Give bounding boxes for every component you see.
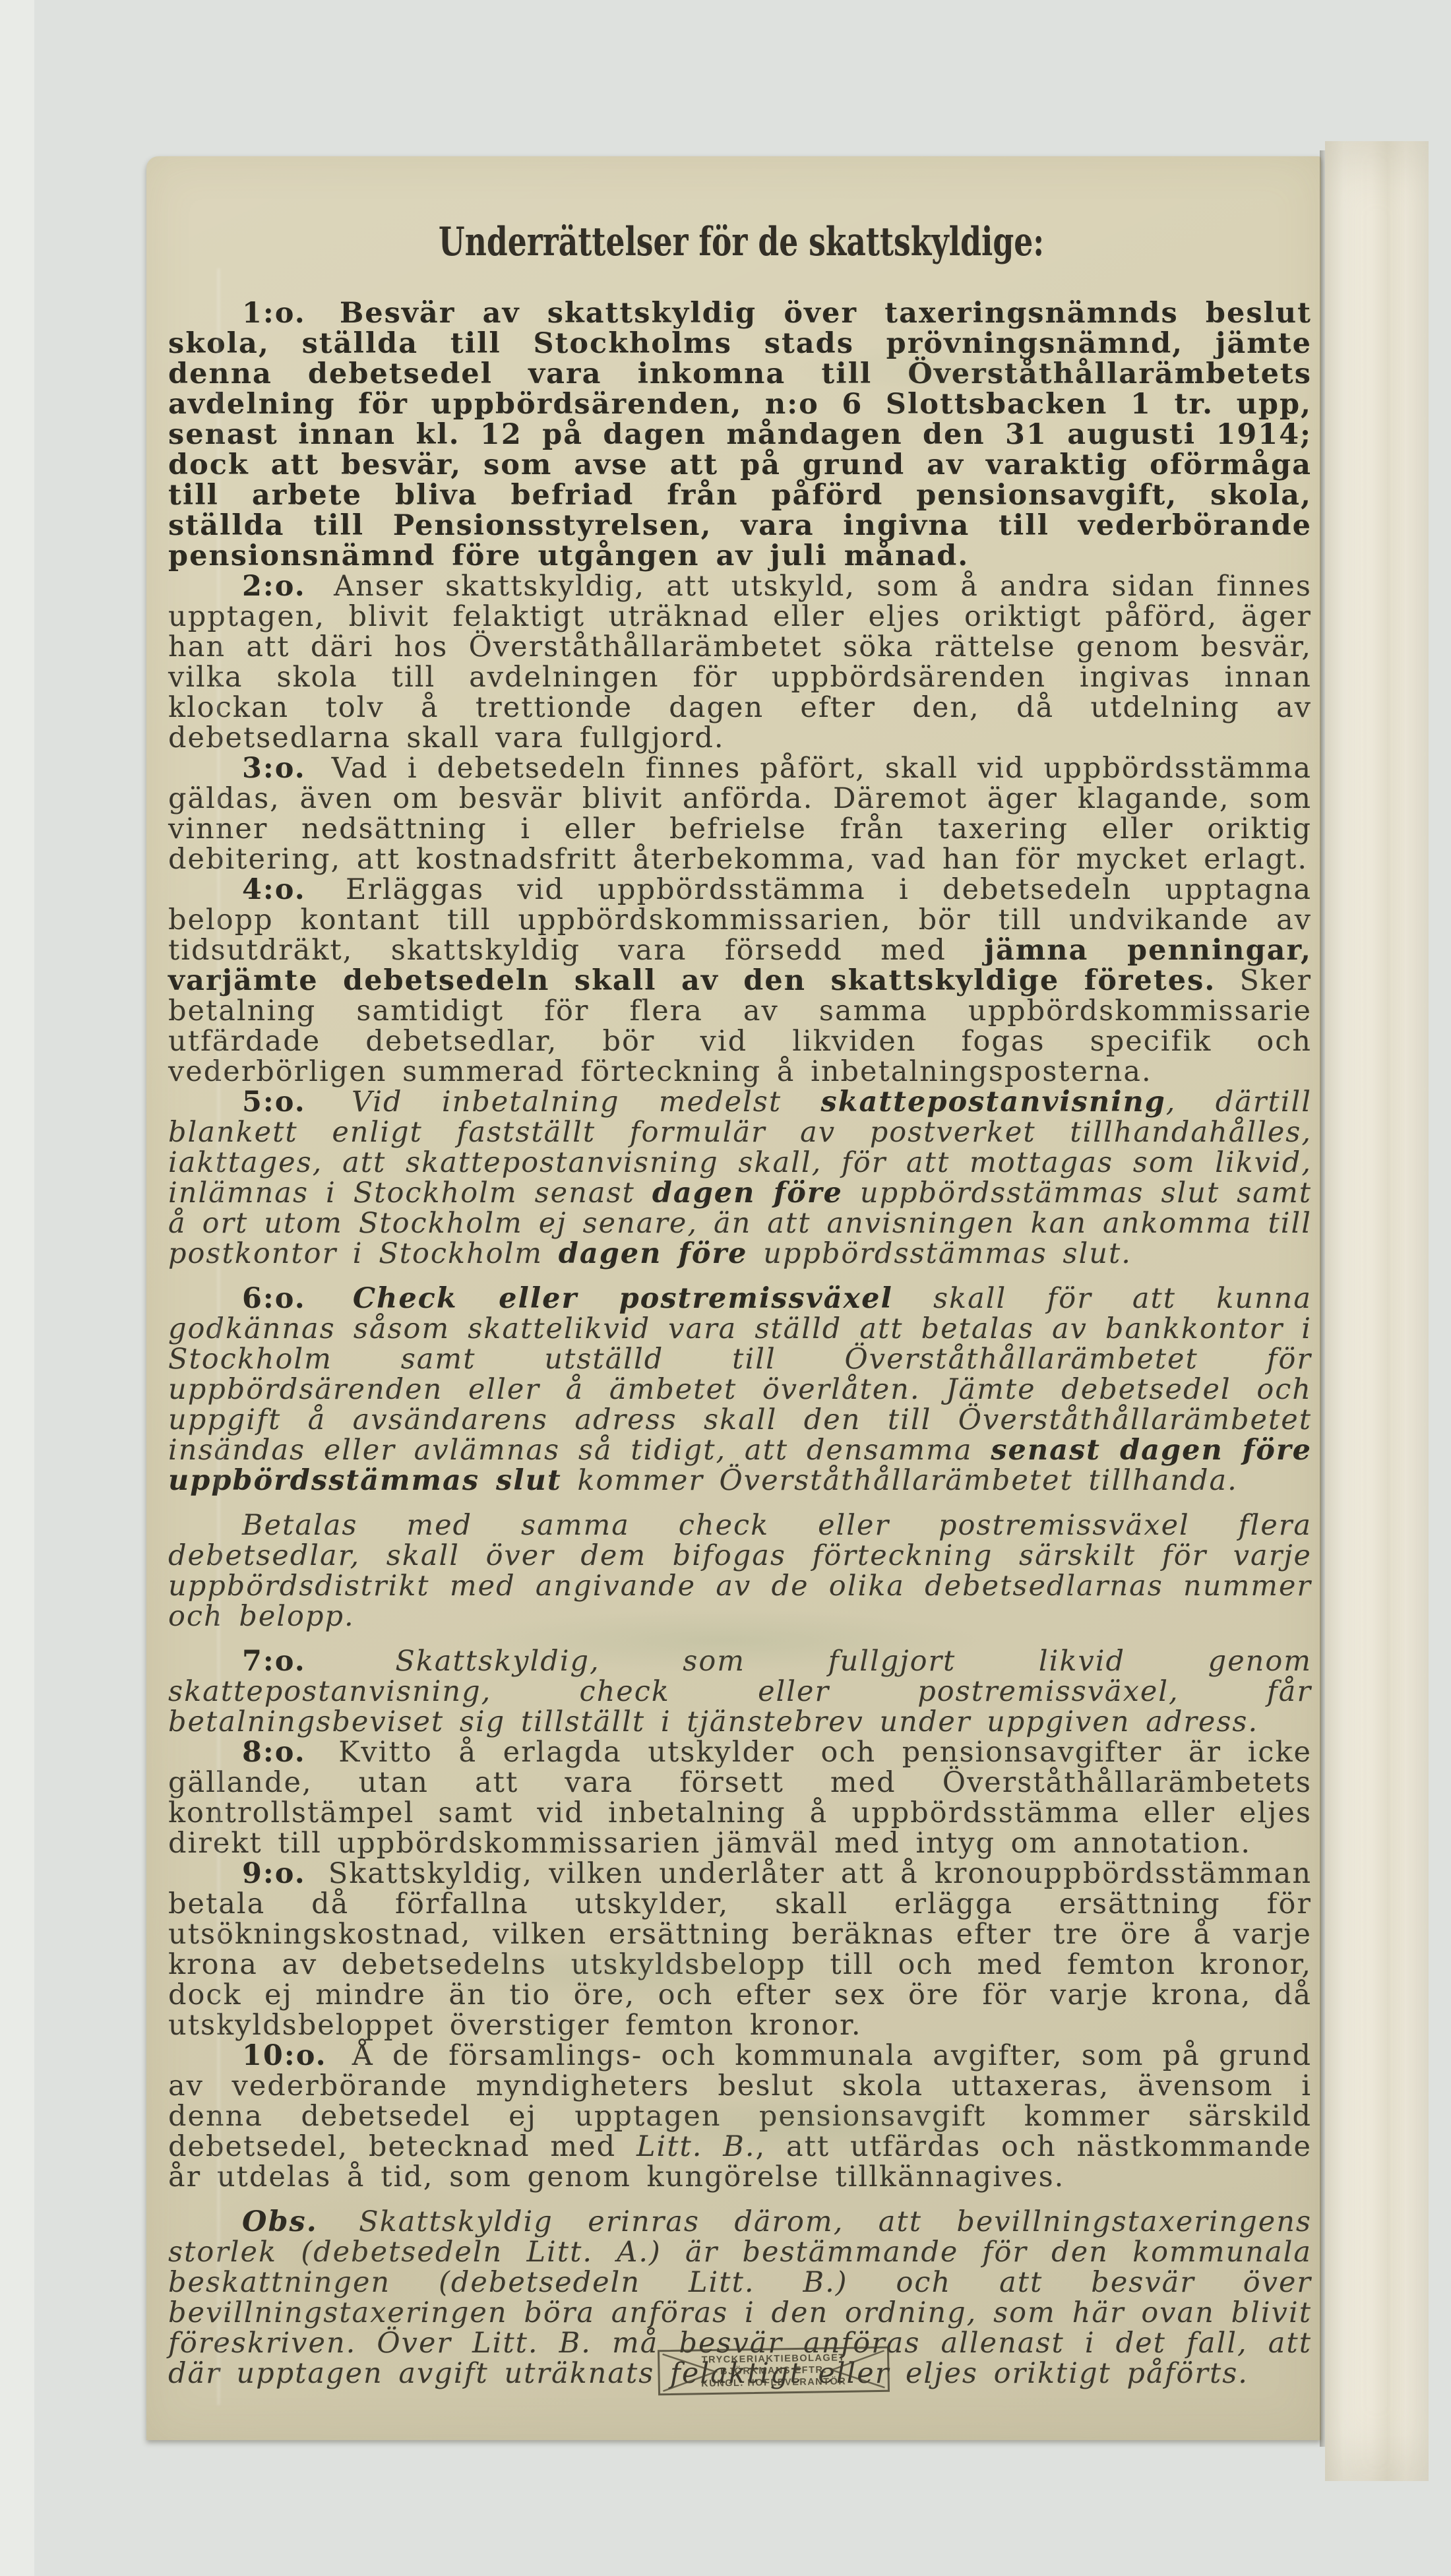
stamp-text: TRYCKERIAKTIEBOLAGET BJÖRKMANS EFTR. KUN… [657, 2346, 890, 2396]
page-title: Underrättelser för de skattskyldige: [306, 219, 1177, 265]
paragraph-number: 10:o. [242, 2039, 327, 2072]
text-run: Check eller postremissväxel [353, 1282, 893, 1315]
paragraph-number: 3:o. [242, 752, 306, 785]
paragraph-10o: 10:o. Å de församlings- och kommunala av… [168, 2040, 1312, 2192]
text-run: skattepostanvisning [820, 1086, 1165, 1119]
paragraph-7o: 7:o. Skattskyldig, som fullgjort likvid … [168, 1646, 1312, 1737]
text-run: uppbördsstämmas slut. [748, 1237, 1132, 1270]
paper-page: Underrättelser för de skattskyldige: 1:o… [146, 156, 1321, 2440]
paragraph-number: 2:o. [242, 570, 306, 603]
text-run: Litt. B. [636, 2130, 756, 2163]
page-cut-edge-shadow [1320, 150, 1325, 2447]
paragraph-number: 5:o. [242, 1086, 306, 1119]
paragraph-5o: 5:o. Vid inbetalning medelst skatteposta… [168, 1087, 1312, 1269]
paragraph-number: 7:o. [242, 1645, 306, 1678]
text-run: Skattskyldig, som fullgjort likvid genom… [168, 1645, 1312, 1738]
paragraph-1o: 1:o. Besvär av skattskyldig över taxerin… [168, 298, 1312, 571]
document-scan: Underrättelser för de skattskyldige: 1:o… [0, 0, 1451, 2576]
document-body: 1:o. Besvär av skattskyldig över taxerin… [168, 298, 1312, 2389]
paragraph-2o: 2:o. Anser skattskyldig, att utskyld, so… [168, 571, 1312, 753]
text-run: dagen före [652, 1177, 843, 1210]
underlying-page-edge [1325, 141, 1429, 2481]
paragraph-number: Obs. [242, 2205, 318, 2238]
paragraph-number: 6:o. [242, 1282, 306, 1315]
text-run: Betalas med samma check eller postremiss… [168, 1509, 1312, 1633]
paragraph-9o: 9:o. Skattskyldig, vilken underlåter att… [168, 1858, 1312, 2040]
text-run: Anser skattskyldig, att utskyld, som å a… [168, 570, 1312, 754]
text-run: Besvär av skattskyldig över taxeringsnäm… [168, 297, 1312, 572]
text-run: Vid inbetalning medelst [352, 1086, 820, 1119]
text-run: dagen före [559, 1237, 748, 1270]
text-run: kommer Överståthållarämbetet tillhanda. [562, 1464, 1238, 1497]
paragraph-betalas: Betalas med samma check eller postremiss… [168, 1510, 1312, 1632]
paragraph-number: 9:o. [242, 1857, 306, 1890]
stamp-line: KUNGL. HOFLEVERANTÖR [701, 2376, 846, 2389]
paragraph-number: 8:o. [242, 1736, 306, 1769]
paragraph-6o: 6:o. Check eller postremissväxel skall f… [168, 1283, 1312, 1496]
paragraph-3o: 3:o. Vad i debetsedeln finnes påfört, sk… [168, 753, 1312, 874]
text-run: Vad i debetsedeln finnes påfört, skall v… [168, 752, 1312, 876]
text-run: Skattskyldig, vilken underlåter att å kr… [168, 1857, 1312, 2042]
text-run: Kvitto å erlagda utskylder och pensionsa… [168, 1736, 1312, 1860]
paragraph-4o: 4:o. Erläggas vid uppbördsstämma i debet… [168, 874, 1312, 1087]
printer-stamp: TRYCKERIAKTIEBOLAGET BJÖRKMANS EFTR. KUN… [657, 2346, 890, 2396]
paragraph-number: 1:o. [242, 297, 306, 330]
scanner-edge-strip [0, 0, 34, 2576]
paragraph-number: 4:o. [242, 873, 306, 906]
paragraph-8o: 8:o. Kvitto å erlagda utskylder och pens… [168, 1737, 1312, 1858]
paper-crease [218, 268, 220, 2405]
